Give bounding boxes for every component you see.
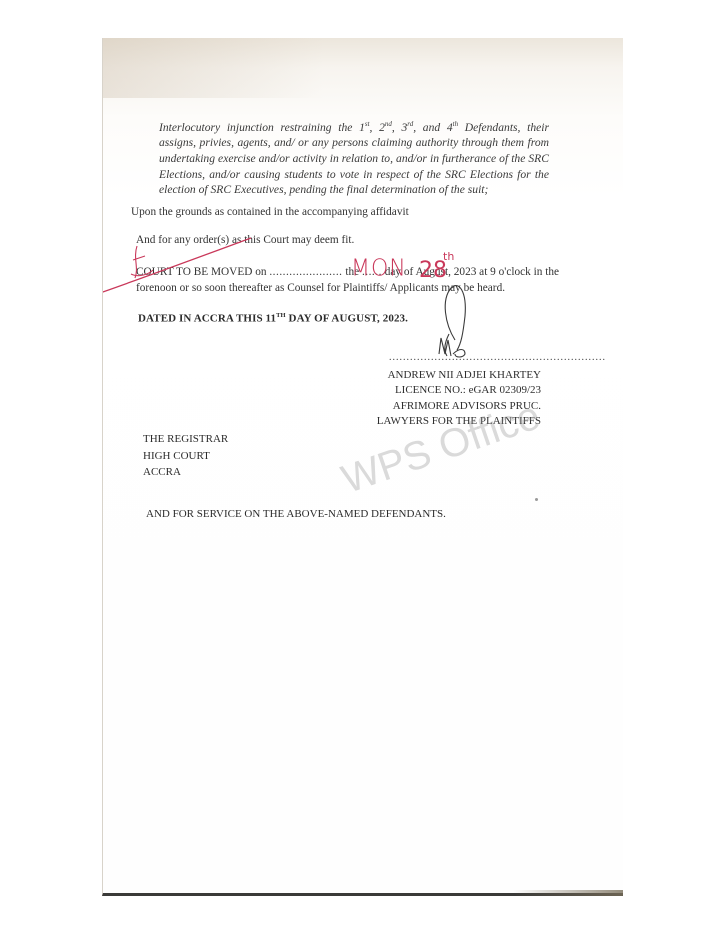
lawyer-name: ANDREW NII ADJEI KHARTEY xyxy=(377,368,541,383)
orders-paragraph: And for any order(s) as this Court may d… xyxy=(136,234,354,246)
grounds-paragraph: Upon the grounds as contained in the acc… xyxy=(131,206,409,218)
scan-speck xyxy=(535,498,538,501)
signature-mark xyxy=(439,286,465,357)
addressee-line: ACCRA xyxy=(143,464,228,481)
signature-line: ........................................… xyxy=(389,352,606,363)
day-number-blank: ...... xyxy=(362,266,382,278)
day-name-blank: ...................... xyxy=(269,266,342,278)
addressee-line: THE REGISTRAR xyxy=(143,431,228,448)
dated-prefix: DATED IN ACCRA THIS 11 xyxy=(138,313,276,325)
motion-line-2: forenoon or so soon thereafter as Counse… xyxy=(136,282,505,294)
licence-number: LICENCE NO.: eGAR 02309/23 xyxy=(377,383,541,398)
addressee-block: THE REGISTRAR HIGH COURT ACCRA xyxy=(143,431,228,481)
service-line: AND FOR SERVICE ON THE ABOVE-NAMED DEFEN… xyxy=(146,508,446,520)
signature-block: ANDREW NII ADJEI KHARTEY LICENCE NO.: eG… xyxy=(377,368,541,429)
ordinal-2-suffix: nd xyxy=(385,120,392,128)
motion-text: COURT TO BE MOVED on xyxy=(136,266,267,278)
motion-the: the xyxy=(345,266,359,278)
handwritten-day-suffix: th xyxy=(443,250,454,263)
injunction-prayer: Interlocutory injunction restraining the… xyxy=(159,117,549,198)
motion-line-1: COURT TO BE MOVED on ...................… xyxy=(136,266,559,278)
ordinal-1-suffix: st xyxy=(365,120,370,128)
dated-line: DATED IN ACCRA THIS 11TH DAY OF AUGUST, … xyxy=(138,312,408,325)
addressee-line: HIGH COURT xyxy=(143,448,228,465)
ordinal-4-suffix: th xyxy=(453,120,458,128)
dated-rest: DAY OF AUGUST, 2023. xyxy=(286,313,408,325)
scanned-document-page: Interlocutory injunction restraining the… xyxy=(102,38,623,896)
ordinal-3-suffix: rd xyxy=(407,120,413,128)
prayer-intro: Interlocutory injunction restraining the xyxy=(159,121,352,134)
law-firm: AFRIMORE ADVISORS PRUC. xyxy=(377,399,541,414)
dated-suffix: TH xyxy=(276,312,286,319)
lawyer-role: LAWYERS FOR THE PLAINTIFFS xyxy=(377,414,541,429)
motion-date-text: day of August, 2023 at 9 o'clock in the xyxy=(385,266,559,278)
